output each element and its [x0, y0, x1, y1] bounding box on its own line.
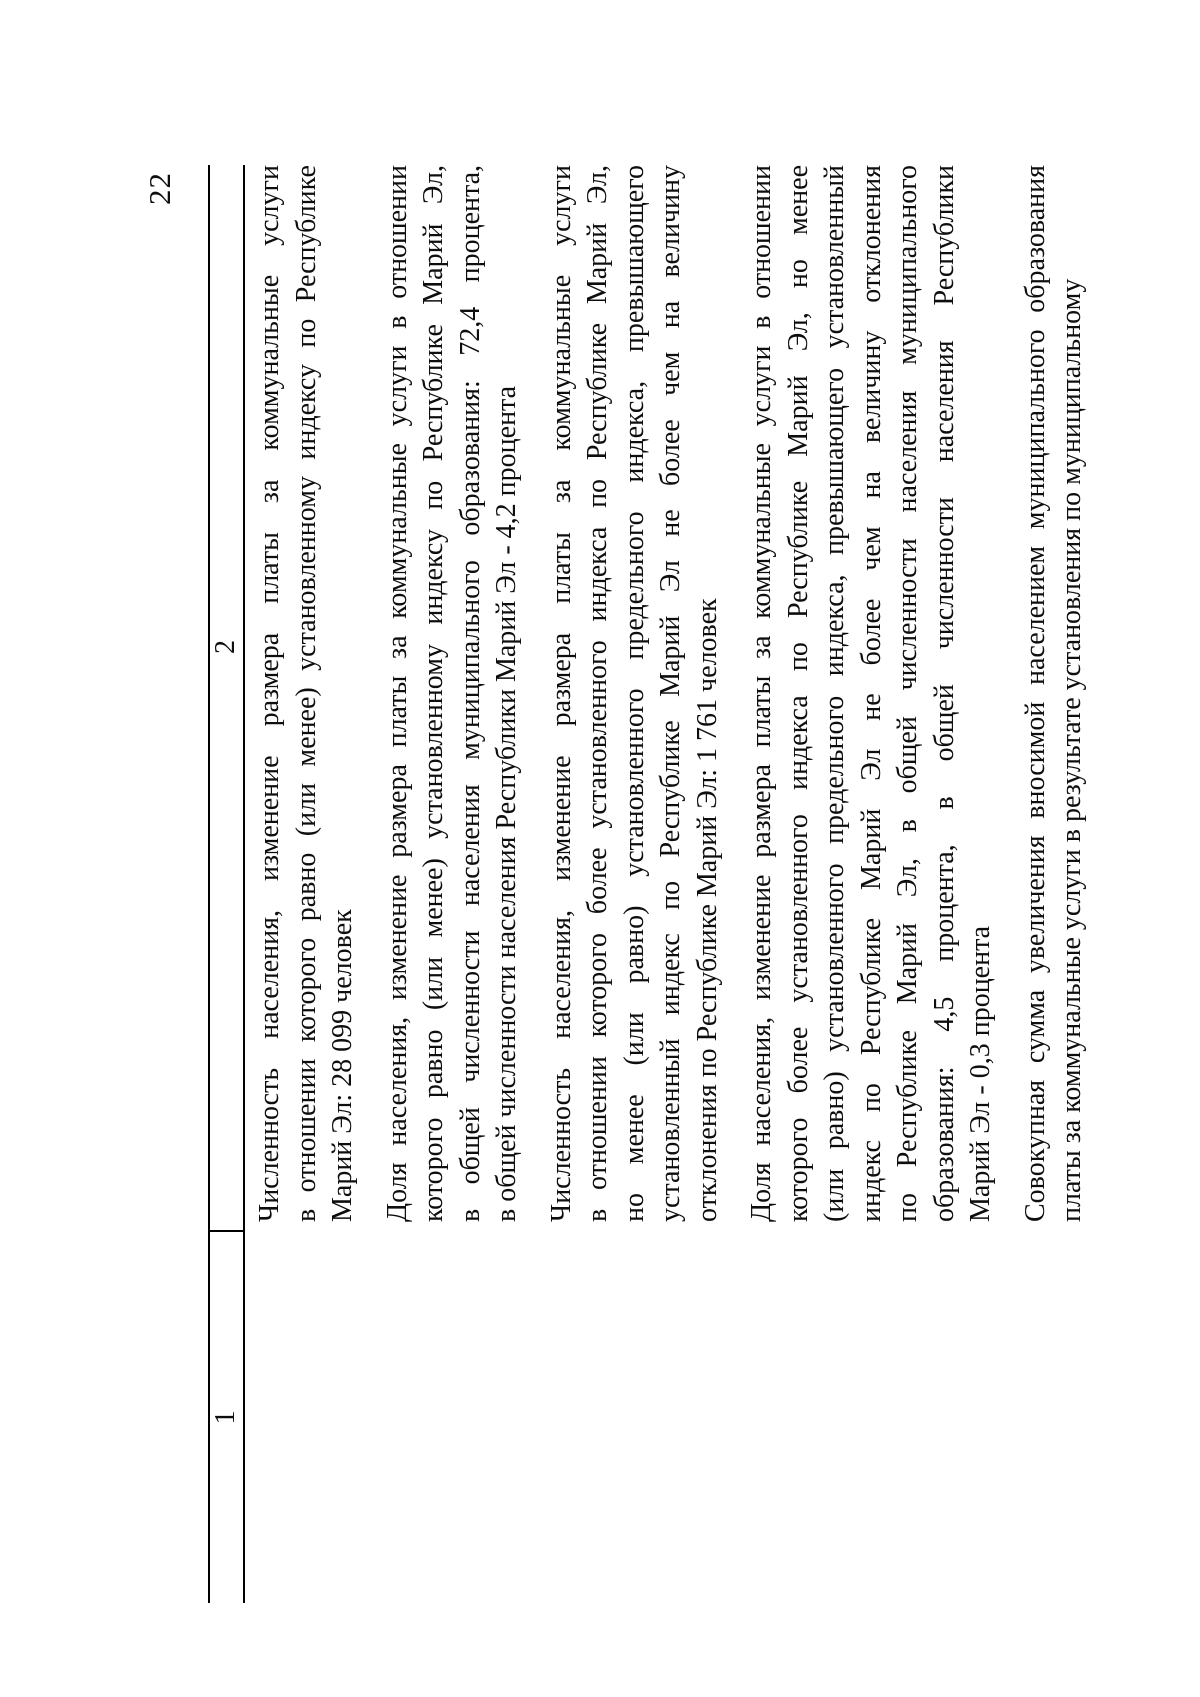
text-line: в общей численности населения муниципаль…	[453, 165, 490, 1222]
text-line: (или равно) установленного предельного и…	[817, 165, 854, 1222]
paragraph: Доля населения, изменение размера платы …	[744, 165, 1000, 1222]
text-line: Численность населения, изменение размера…	[544, 165, 581, 1222]
table-column-header-2: 2	[212, 62, 240, 1232]
table-header-bottom-border	[243, 165, 245, 1603]
text-line: по Республике Марий Эл, в общей численно…	[890, 165, 927, 1222]
text-line: Совокупная сумма увеличения вносимой нас…	[1018, 165, 1055, 1222]
scanned-document-page: 22 1 2 Численность населения, изменение …	[0, 0, 1200, 1697]
table-cell-text: Численность населения, изменение размера…	[252, 165, 1109, 1222]
paragraph: Доля населения, изменение размера платы …	[380, 165, 526, 1222]
text-line: в отношении которого равно (или менее) у…	[289, 165, 326, 1222]
text-line: которого равно (или менее) установленном…	[416, 165, 453, 1222]
table-column-header-1: 1	[212, 1232, 240, 1603]
text-line: Марий Эл: 28 099 человек	[325, 165, 362, 1222]
text-line: платы за коммунальные услуги в результат…	[1054, 165, 1091, 1222]
text-line: в отношении которого более установленног…	[580, 165, 617, 1222]
text-line: Марий Эл - 0,3 процента	[963, 165, 1000, 1222]
text-line: в общей численности населения Республики…	[489, 165, 526, 1222]
text-line: но менее (или равно) установленного пред…	[617, 165, 654, 1222]
paragraph: Численность населения, изменение размера…	[252, 165, 362, 1222]
text-line: отклонения по Республике Марий Эл: 1 761…	[690, 165, 727, 1222]
text-line: индекс по Республике Марий Эл не более ч…	[854, 165, 891, 1222]
text-line: Численность населения, изменение размера…	[252, 165, 289, 1222]
text-line: которого более установленного индекса по…	[781, 165, 818, 1222]
text-line: установленный индекс по Республике Марий…	[653, 165, 690, 1222]
text-line: образования: 4,5 процента, в общей числе…	[927, 165, 964, 1222]
text-line: Доля населения, изменение размера платы …	[744, 165, 781, 1222]
page-number: 22	[142, 172, 178, 205]
paragraph: Численность населения, изменение размера…	[544, 165, 727, 1222]
text-line: Доля населения, изменение размера платы …	[380, 165, 417, 1222]
paragraph: Совокупная сумма увеличения вносимой нас…	[1018, 165, 1091, 1222]
table-header-top-border	[208, 165, 210, 1603]
rotated-page-content: 22 1 2 Численность населения, изменение …	[0, 0, 1200, 1697]
